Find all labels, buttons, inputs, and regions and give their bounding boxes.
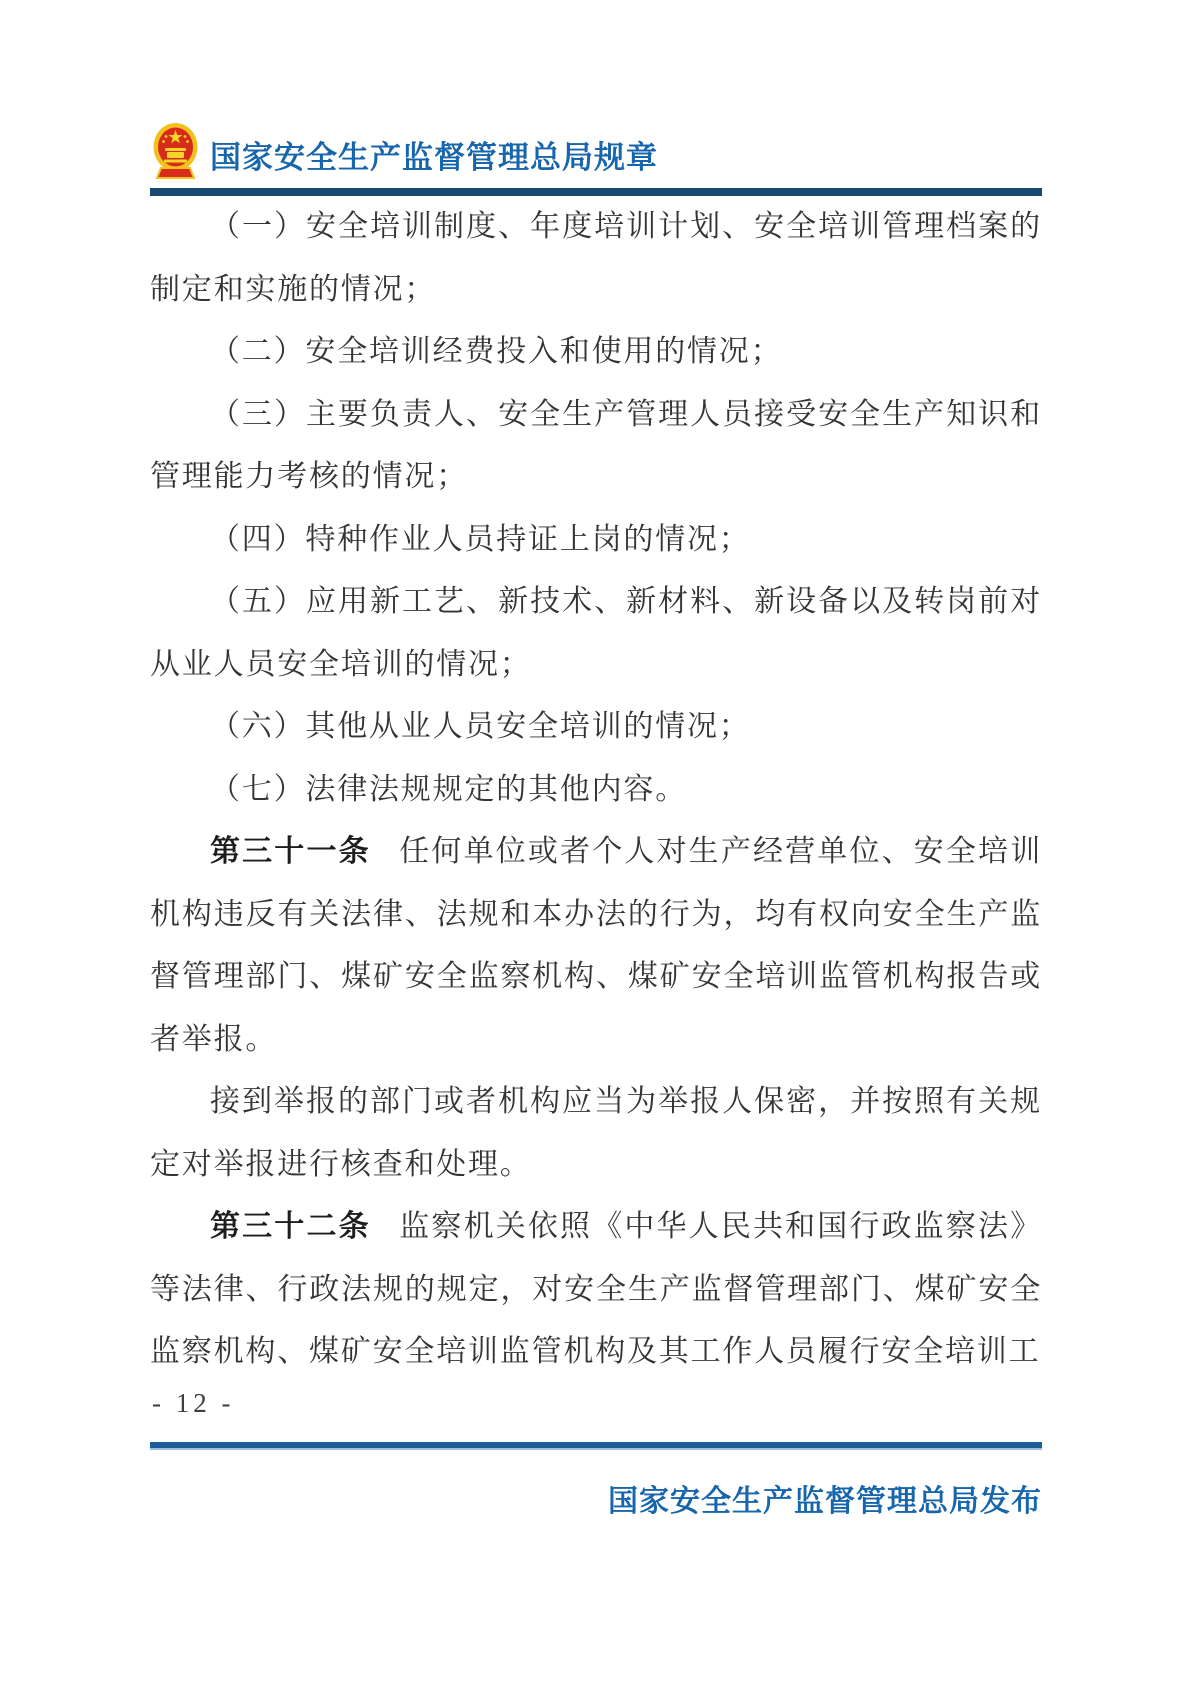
list-item-text: （一）安全培训制度、年度培训计划、安全培训管理档案的制定和实施的情况； bbox=[150, 210, 1042, 306]
article-31-paragraph: 第三十一条任何单位或者个人对生产经营单位、安全培训机构违反有关法律、法规和本办法… bbox=[150, 821, 1042, 1071]
paragraph-text: 接到举报的部门或者机构应当为举报人保密，并按照有关规定对举报进行核查和处理。 bbox=[150, 1085, 1042, 1181]
list-item-5: （五）应用新工艺、新技术、新材料、新设备以及转岗前对从业人员安全培训的情况； bbox=[150, 571, 1042, 696]
list-item-text: （四）特种作业人员持证上岗的情况； bbox=[210, 523, 751, 556]
list-item-4: （四）特种作业人员持证上岗的情况； bbox=[150, 509, 1042, 572]
footer-divider bbox=[150, 1442, 1042, 1450]
national-emblem-icon bbox=[153, 122, 198, 180]
list-item-text: （六）其他从业人员安全培训的情况； bbox=[210, 710, 751, 743]
article-31-number: 第三十一条 bbox=[210, 835, 371, 868]
article-32-paragraph: 第三十二条监察机关依照《中华人民共和国行政监察法》等法律、行政法规的规定，对安全… bbox=[150, 1196, 1042, 1384]
list-item-1: （一）安全培训制度、年度培训计划、安全培训管理档案的制定和实施的情况； bbox=[150, 196, 1042, 321]
article-31-paragraph-2: 接到举报的部门或者机构应当为举报人保密，并按照有关规定对举报进行核查和处理。 bbox=[150, 1071, 1042, 1196]
list-item-text: （三）主要负责人、安全生产管理人员接受安全生产知识和管理能力考核的情况； bbox=[150, 398, 1042, 494]
article-31-text: 任何单位或者个人对生产经营单位、安全培训机构违反有关法律、法规和本办法的行为，均… bbox=[150, 835, 1042, 1056]
page-number: - 12 - bbox=[152, 1388, 234, 1419]
list-item-2: （二）安全培训经费投入和使用的情况； bbox=[150, 321, 1042, 384]
list-item-7: （七）法律法规规定的其他内容。 bbox=[150, 759, 1042, 822]
header-divider bbox=[150, 188, 1042, 196]
list-item-text: （七）法律法规规定的其他内容。 bbox=[210, 773, 687, 806]
list-item-text: （二）安全培训经费投入和使用的情况； bbox=[210, 335, 782, 368]
list-item-6: （六）其他从业人员安全培训的情况； bbox=[150, 696, 1042, 759]
article-32-number: 第三十二条 bbox=[210, 1210, 371, 1243]
document-page: 国家安全生产监督管理总局规章 （一）安全培训制度、年度培训计划、安全培训管理档案… bbox=[0, 0, 1190, 1683]
page-title: 国家安全生产监督管理总局规章 bbox=[210, 132, 658, 177]
document-body: （一）安全培训制度、年度培训计划、安全培训管理档案的制定和实施的情况； （二）安… bbox=[150, 196, 1042, 1384]
publisher-line: 国家安全生产监督管理总局发布 bbox=[150, 1476, 1042, 1520]
list-item-text: （五）应用新工艺、新技术、新材料、新设备以及转岗前对从业人员安全培训的情况； bbox=[150, 585, 1042, 681]
page-header: 国家安全生产监督管理总局规章 bbox=[150, 118, 1042, 186]
list-item-3: （三）主要负责人、安全生产管理人员接受安全生产知识和管理能力考核的情况； bbox=[150, 384, 1042, 509]
